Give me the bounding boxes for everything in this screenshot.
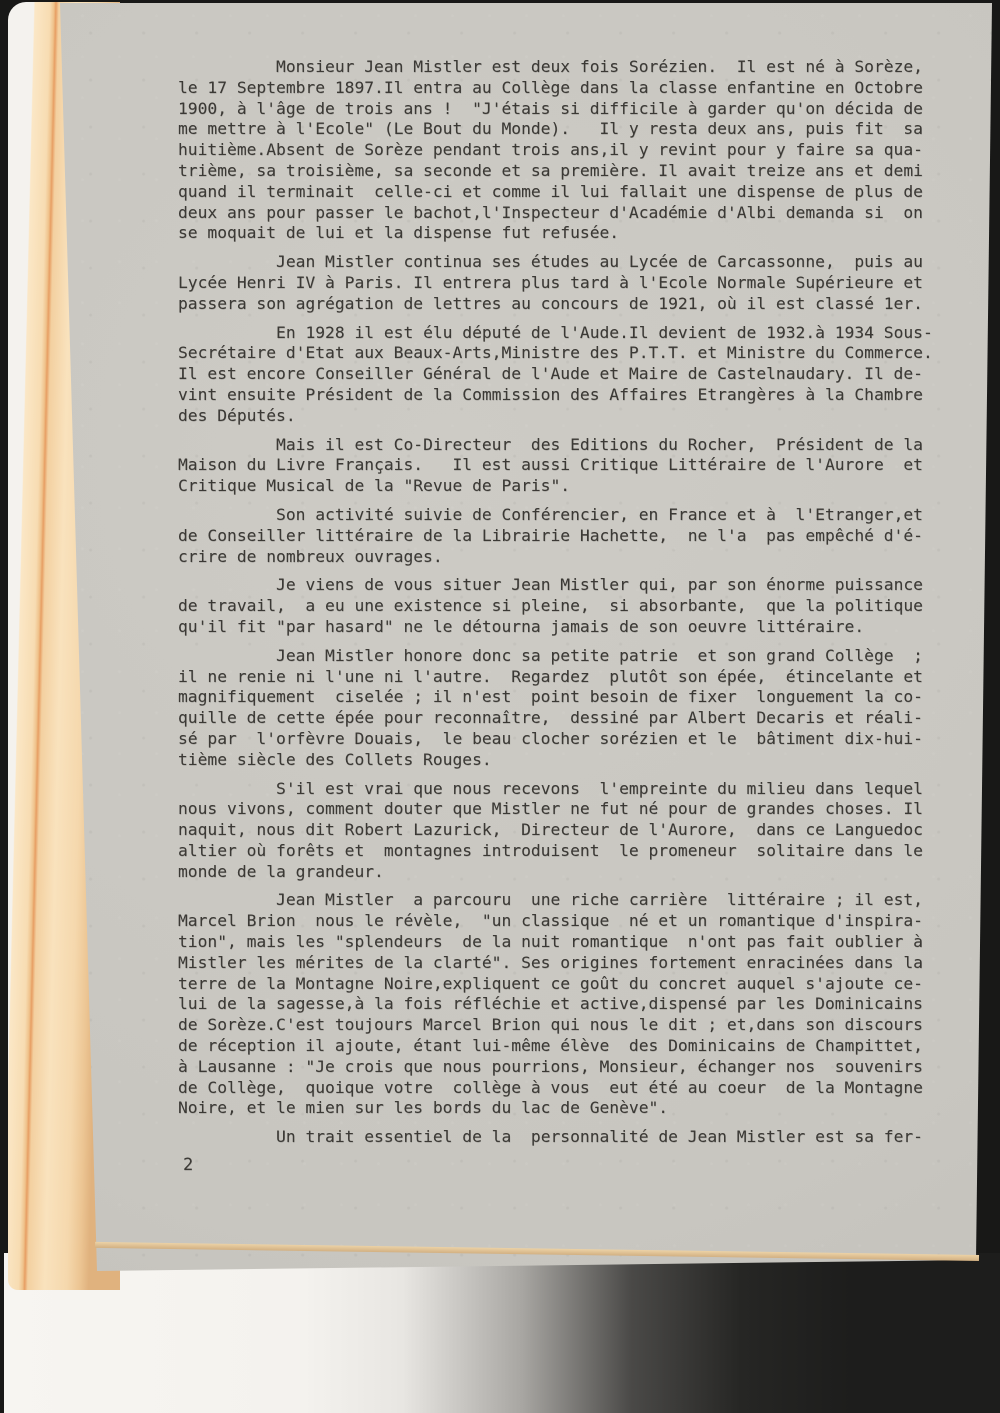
typewritten-paragraph: Monsieur Jean Mistler est deux fois Soré… — [178, 57, 973, 244]
typewritten-paragraph: Je viens de vous situer Jean Mistler qui… — [178, 575, 973, 637]
typewritten-paragraph: Jean Mistler continua ses études au Lycé… — [178, 252, 973, 314]
typewritten-paragraph: Son activité suivie de Conférencier, en … — [178, 505, 973, 567]
underlying-page-edge — [4, 1253, 1000, 1413]
typewritten-paragraph: Un trait essentiel de la personnalité de… — [178, 1127, 973, 1148]
typewritten-paragraph: S'il est vrai que nous recevons l'emprei… — [178, 779, 973, 883]
page-number: 2 — [183, 1155, 193, 1175]
typewritten-paragraph: Mais il est Co-Directeur des Editions du… — [178, 435, 973, 497]
typewritten-paragraph: Jean Mistler honore donc sa petite patri… — [178, 646, 973, 771]
typewritten-text-block: Monsieur Jean Mistler est deux fois Soré… — [178, 57, 973, 1148]
typewritten-paragraph: En 1928 il est élu député de l'Aude.Il d… — [178, 323, 973, 427]
scanned-page: Monsieur Jean Mistler est deux fois Soré… — [0, 3, 1000, 1290]
typewritten-paragraph: Jean Mistler a parcouru une riche carriè… — [178, 890, 973, 1119]
